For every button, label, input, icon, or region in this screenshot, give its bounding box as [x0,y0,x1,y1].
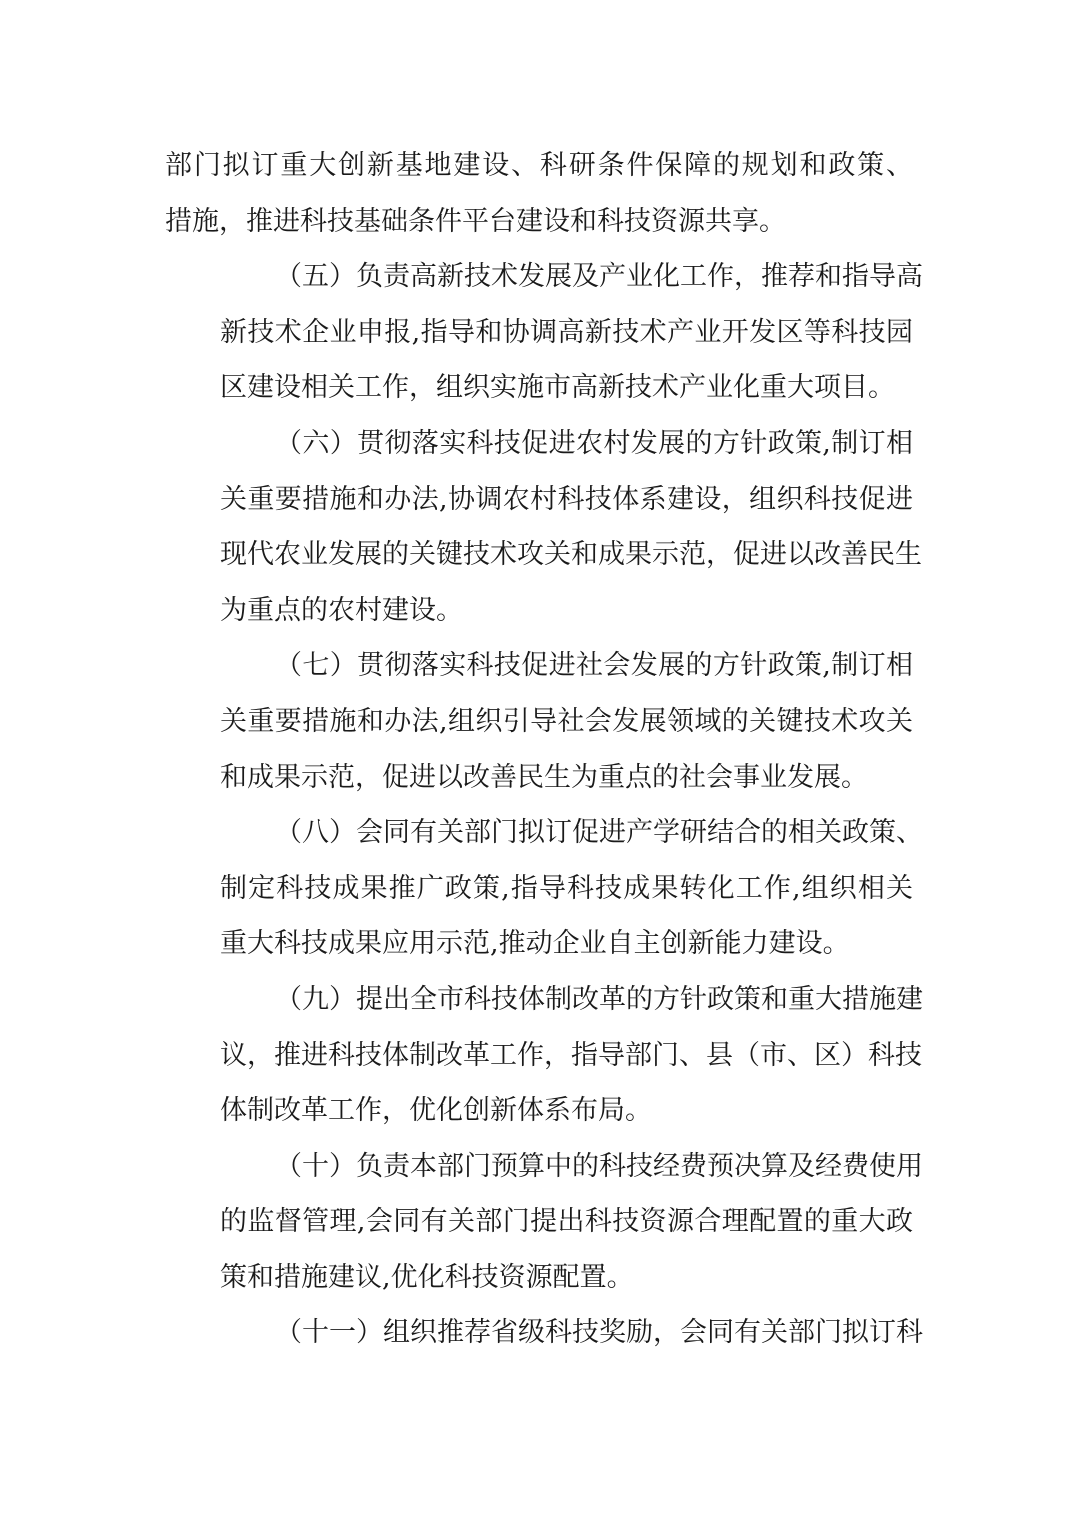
text-line: （十）负责本部门预算中的科技经费预决算及经费使用 [165,1139,913,1195]
text-line: 重大科技成果应用示范,推动企业自主创新能力建设。 [165,916,913,972]
paragraph-10: （十）负责本部门预算中的科技经费预决算及经费使用 的监督管理,会同有关部门提出科… [165,1139,913,1306]
text-line: （九）提出全市科技体制改革的方针政策和重大措施建 [165,972,913,1028]
paragraph-6: （六）贯彻落实科技促进农村发展的方针政策,制订相 关重要措施和办法,协调农村科技… [165,416,913,638]
paragraph-8: （八）会同有关部门拟订促进产学研结合的相关政策、 制定科技成果推广政策,指导科技… [165,805,913,972]
text-line: 为重点的农村建设。 [165,583,913,639]
text-line: 关重要措施和办法,协调农村科技体系建设，组织科技促进 [165,472,913,528]
text-line: 现代农业发展的关键技术攻关和成果示范，促进以改善民生 [165,527,913,583]
text-line: （十一）组织推荐省级科技奖励，会同有关部门拟订科 [165,1305,913,1361]
text-line: （六）贯彻落实科技促进农村发展的方针政策,制订相 [165,416,913,472]
document-page: 部门拟订重大创新基地建设、科研条件保障的规划和政策、 措施，推进科技基础条件平台… [165,138,913,1361]
text-line: 措施，推进科技基础条件平台建设和科技资源共享。 [165,194,913,250]
text-line: 关重要措施和办法,组织引导社会发展领域的关键技术攻关 [165,694,913,750]
text-line: 和成果示范，促进以改善民生为重点的社会事业发展。 [165,750,913,806]
text-line: 新技术企业申报,指导和协调高新技术产业开发区等科技园 [165,305,913,361]
text-line: （八）会同有关部门拟订促进产学研结合的相关政策、 [165,805,913,861]
text-line: 的监督管理,会同有关部门提出科技资源合理配置的重大政 [165,1194,913,1250]
text-line: 策和措施建议,优化科技资源配置。 [165,1250,913,1306]
paragraph-9: （九）提出全市科技体制改革的方针政策和重大措施建 议，推进科技体制改革工作，指导… [165,972,913,1139]
text-line: （七）贯彻落实科技促进社会发展的方针政策,制订相 [165,638,913,694]
text-line: （五）负责高新技术发展及产业化工作，推荐和指导高 [165,249,913,305]
text-line: 体制改革工作，优化创新体系布局。 [165,1083,913,1139]
paragraph-7: （七）贯彻落实科技促进社会发展的方针政策,制订相 关重要措施和办法,组织引导社会… [165,638,913,805]
text-line: 区建设相关工作，组织实施市高新技术产业化重大项目。 [165,360,913,416]
paragraph-4-continued: 部门拟订重大创新基地建设、科研条件保障的规划和政策、 措施，推进科技基础条件平台… [165,138,913,249]
text-line: 部门拟订重大创新基地建设、科研条件保障的规划和政策、 [165,138,913,194]
text-line: 议，推进科技体制改革工作，指导部门、县（市、区）科技 [165,1028,913,1084]
paragraph-11: （十一）组织推荐省级科技奖励，会同有关部门拟订科 [165,1305,913,1361]
text-line: 制定科技成果推广政策,指导科技成果转化工作,组织相关 [165,861,913,917]
paragraph-5: （五）负责高新技术发展及产业化工作，推荐和指导高 新技术企业申报,指导和协调高新… [165,249,913,416]
